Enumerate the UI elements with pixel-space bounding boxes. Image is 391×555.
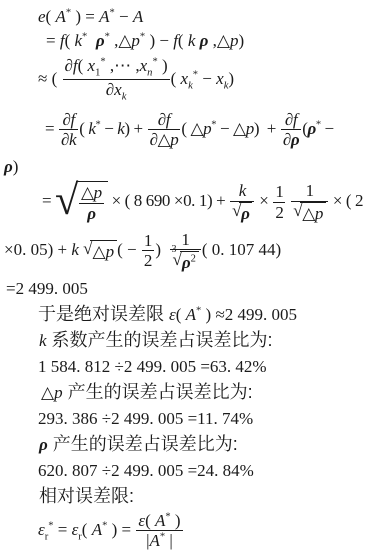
cube-root: 3√ρ2 bbox=[172, 251, 198, 273]
math-text: − bbox=[115, 7, 133, 26]
math-text: = bbox=[45, 119, 58, 138]
math-text: ) bbox=[158, 56, 168, 75]
math-text: 1 bbox=[275, 182, 283, 201]
math-text: ) ≈2 499. 005 bbox=[201, 305, 297, 324]
fraction: 13√ρ2 bbox=[170, 230, 200, 272]
numerator: ∂f( x1* ,⋯ ,xn* ) bbox=[63, 56, 170, 81]
radicand: △p bbox=[90, 240, 117, 262]
text-line-relative-error-limit-label: 相对误差限: bbox=[39, 486, 391, 508]
math-text: − bbox=[321, 119, 334, 138]
math-text: × ( 8 690 ×0. 1) + bbox=[108, 191, 229, 210]
math-text: x bbox=[181, 69, 189, 88]
math-text: − bbox=[100, 119, 117, 138]
numerator: ∂f bbox=[148, 110, 181, 131]
math-text: ( △ bbox=[181, 119, 203, 138]
math-text: 1 bbox=[144, 231, 153, 250]
fraction: ∂f( x1* ,⋯ ,xn* )∂xk bbox=[63, 56, 170, 104]
denominator: ∂△p bbox=[148, 130, 181, 150]
math-text: ρ bbox=[241, 204, 249, 223]
radical-icon: √ bbox=[55, 181, 78, 221]
math-text: ρ bbox=[291, 130, 299, 149]
math-text: A bbox=[92, 520, 102, 539]
math-text: e bbox=[38, 7, 46, 26]
numerator: 1 bbox=[273, 182, 285, 203]
formula-line-partial-derivatives: = ∂f∂k( k* − k) + ∂f∂△p( △p* − △p) + ∂f∂… bbox=[45, 110, 391, 150]
radicand: △p bbox=[300, 202, 326, 224]
math-text: ( bbox=[65, 31, 75, 50]
math-text: ρ bbox=[4, 157, 13, 176]
radicand: ρ2 bbox=[180, 251, 199, 273]
fraction: 12 bbox=[142, 231, 155, 271]
math-text: ) bbox=[171, 511, 181, 530]
math-text: △ bbox=[92, 242, 105, 261]
math-text: ( bbox=[82, 520, 92, 539]
math-text: ρ bbox=[87, 204, 95, 223]
denominator: ∂ρ bbox=[281, 130, 301, 150]
math-text: ) bbox=[155, 240, 169, 259]
math-text: A bbox=[150, 531, 160, 550]
math-text: ε bbox=[38, 520, 45, 539]
math-text: = bbox=[46, 31, 60, 50]
fraction: △pρ bbox=[79, 183, 104, 223]
formula-line-error-definition: e( A* ) = A* − A bbox=[38, 7, 391, 27]
formula-line-k-error-ratio: 1 584. 812 ÷2 499. 005 =63. 42% bbox=[38, 357, 391, 377]
math-text: ∂f bbox=[158, 110, 170, 129]
math-text: 293. 386 ÷2 499. 005 =11. 74% bbox=[38, 409, 253, 428]
math-text: ( bbox=[46, 7, 56, 26]
math-text: k bbox=[75, 31, 83, 50]
denominator: |A* | bbox=[136, 531, 182, 551]
square-root: √ρ bbox=[232, 202, 252, 224]
math-text: ∂k bbox=[61, 130, 76, 149]
math-text: ,⋯ , bbox=[106, 56, 140, 75]
math-text: = bbox=[53, 520, 71, 539]
math-text: ) + bbox=[124, 119, 146, 138]
math-text: △ bbox=[81, 183, 94, 202]
numerator: 1 bbox=[142, 231, 155, 252]
formula-line-rho-error-ratio: 620. 807 ÷2 499. 005 =24. 84% bbox=[38, 461, 391, 481]
denominator: √ρ bbox=[230, 202, 254, 224]
math-text: p bbox=[106, 242, 115, 261]
math-text: ( bbox=[78, 56, 88, 75]
math-text: r bbox=[45, 531, 49, 542]
math-text: A bbox=[186, 305, 196, 324]
math-text: ( bbox=[171, 69, 181, 88]
math-text: ) = bbox=[107, 520, 135, 539]
math-text: ρ bbox=[39, 435, 48, 454]
math-text: ,△ bbox=[110, 31, 132, 50]
numerator: ∂f bbox=[281, 110, 301, 131]
math-text: ) = bbox=[71, 7, 99, 26]
math-text: △ bbox=[302, 204, 315, 223]
math-text: n bbox=[147, 67, 152, 78]
denominator: 3√ρ2 bbox=[170, 250, 200, 272]
formula-line-dp-error-ratio: 293. 386 ÷2 499. 005 =11. 74% bbox=[38, 409, 391, 429]
math-text: p bbox=[94, 183, 102, 202]
math-text: k bbox=[188, 80, 193, 91]
formula-line-taylor-approximation: ≈ ( ∂f( x1* ,⋯ ,xn* )∂xk( xk* − xk) bbox=[38, 56, 391, 104]
numerator: △p bbox=[79, 183, 104, 204]
math-text: 2 bbox=[275, 203, 283, 222]
math-text: k bbox=[239, 181, 246, 200]
math-text: A bbox=[99, 7, 109, 26]
math-text: k bbox=[71, 240, 79, 259]
math-text: ρ bbox=[182, 253, 191, 272]
math-text: ∂ bbox=[150, 130, 158, 149]
formula-line-numeric-substitution-cont: ×0. 05) + k √△p( − 12) 13√ρ2( 0. 107 44) bbox=[4, 230, 391, 272]
math-text: x bbox=[216, 69, 224, 88]
text-line-dp-error-ratio-label: △p 产生的误差占误差比为: bbox=[41, 382, 391, 404]
math-text bbox=[87, 31, 96, 50]
math-text: =2 499. 005 bbox=[6, 279, 88, 298]
math-text: 系数产生的误差占误差比为: bbox=[47, 330, 273, 350]
math-text: 于是绝对误差限 bbox=[38, 304, 169, 324]
math-text: ≈ ( bbox=[38, 69, 62, 88]
math-text: 产生的误差占误差比为: bbox=[63, 382, 253, 402]
math-text: p bbox=[246, 119, 254, 138]
numerator: ε( A* ) bbox=[136, 511, 182, 532]
text-line-absolute-error-limit: 于是绝对误差限 ε( A* ) ≈2 499. 005 bbox=[38, 304, 391, 326]
math-text: ( bbox=[79, 119, 88, 138]
math-text: | bbox=[165, 531, 173, 550]
root-degree: 3 bbox=[171, 244, 176, 256]
radicand: △pρ bbox=[76, 181, 108, 223]
fraction: ∂f∂k bbox=[59, 110, 78, 150]
math-text: ) − bbox=[145, 31, 173, 50]
formula-line-numeric-substitution: = √△pρ × ( 8 690 ×0. 1) + k√ρ × 12 1√△p … bbox=[42, 181, 391, 223]
math-text: p bbox=[54, 383, 63, 402]
math-text: ( bbox=[178, 31, 188, 50]
math-text: △ bbox=[158, 130, 171, 149]
formula-line-function-difference: = f( k* ρ* ,△p* ) − f( k ρ ,△p) bbox=[46, 31, 391, 51]
document-page: e( A* ) = A* − A = f( k* ρ* ,△p* ) − f( … bbox=[0, 0, 391, 555]
text-line-k-error-ratio-label: k 系数产生的误差占误差比为: bbox=[39, 330, 391, 352]
math-text: ) + bbox=[254, 119, 280, 138]
math-text: ∂f bbox=[62, 110, 74, 129]
math-text: − △ bbox=[216, 119, 246, 138]
math-text bbox=[286, 191, 290, 210]
math-text: ) bbox=[238, 31, 244, 50]
math-text: ,△ bbox=[208, 31, 230, 50]
math-text: k bbox=[122, 92, 127, 103]
math-text: ∂f bbox=[65, 56, 78, 75]
math-text: 2 bbox=[144, 251, 153, 270]
formula-line-total-error-result: =2 499. 005 bbox=[6, 279, 391, 299]
math-text: 620. 807 ÷2 499. 005 =24. 84% bbox=[38, 461, 254, 480]
text-line-rho-error-ratio-label: ρ 产生的误差占误差比为: bbox=[39, 434, 391, 456]
fraction: ∂f∂△p bbox=[148, 110, 181, 150]
math-text: k bbox=[39, 331, 47, 350]
denominator: 2 bbox=[142, 251, 155, 271]
math-text: ×0. 05) + bbox=[4, 240, 71, 259]
math-text: 1 bbox=[181, 230, 190, 249]
fraction: k√ρ bbox=[230, 181, 254, 223]
square-root: √△pρ bbox=[55, 181, 108, 223]
math-text: ∂ bbox=[283, 130, 291, 149]
fraction: ε( A* )|A* | bbox=[136, 511, 182, 551]
radicand: ρ bbox=[239, 202, 252, 224]
math-text: 产生的误差占误差比为: bbox=[48, 434, 238, 454]
math-text: p bbox=[131, 31, 140, 50]
fraction: 1√△p bbox=[291, 181, 328, 223]
math-text: ε bbox=[169, 305, 176, 324]
numerator: k bbox=[230, 181, 254, 202]
math-text: ) bbox=[13, 157, 19, 176]
denominator: ρ bbox=[79, 204, 104, 224]
math-text: A bbox=[133, 7, 143, 26]
math-text: × ( 2 bbox=[329, 191, 363, 210]
math-text: = bbox=[42, 191, 55, 210]
math-text: ∂f bbox=[285, 110, 297, 129]
math-text: ρ bbox=[96, 31, 105, 50]
denominator: √△p bbox=[291, 202, 328, 224]
math-text: ) bbox=[228, 69, 234, 88]
denominator: ∂k bbox=[59, 130, 78, 150]
math-text: − bbox=[198, 69, 216, 88]
math-text: ( bbox=[176, 305, 186, 324]
numerator: 1 bbox=[291, 181, 328, 202]
math-text: p bbox=[315, 204, 323, 223]
math-text: △ bbox=[41, 383, 54, 402]
fraction: ∂f∂ρ bbox=[281, 110, 301, 150]
fraction: 12 bbox=[273, 182, 285, 222]
math-text: × bbox=[255, 191, 272, 210]
math-text: 2 bbox=[191, 253, 196, 264]
denominator: ∂xk bbox=[63, 80, 170, 104]
math-text: ( 0. 107 44) bbox=[202, 240, 281, 259]
formula-line-partial-derivatives-cont: ρ) bbox=[4, 157, 391, 177]
math-text: ( − bbox=[117, 240, 141, 259]
math-text: 相对误差限: bbox=[39, 486, 134, 506]
formula-line-relative-error-limit: εr* = εr( A* ) = ε( A* )|A* | bbox=[38, 511, 391, 551]
square-root: √△p bbox=[293, 202, 326, 224]
square-root: √△p bbox=[83, 240, 117, 262]
math-text: x bbox=[88, 56, 96, 75]
denominator: 2 bbox=[273, 203, 285, 223]
numerator: ∂f bbox=[59, 110, 78, 131]
math-text: 1 bbox=[95, 67, 100, 78]
math-text: 1 bbox=[306, 181, 314, 200]
math-text: ρ bbox=[307, 119, 315, 138]
math-text: ( bbox=[145, 511, 155, 530]
math-text: A bbox=[55, 7, 65, 26]
math-text: 1 584. 812 ÷2 499. 005 =63. 42% bbox=[38, 357, 267, 376]
math-text: ∂x bbox=[106, 80, 122, 99]
math-text: p bbox=[170, 130, 178, 149]
math-text: A bbox=[155, 511, 165, 530]
